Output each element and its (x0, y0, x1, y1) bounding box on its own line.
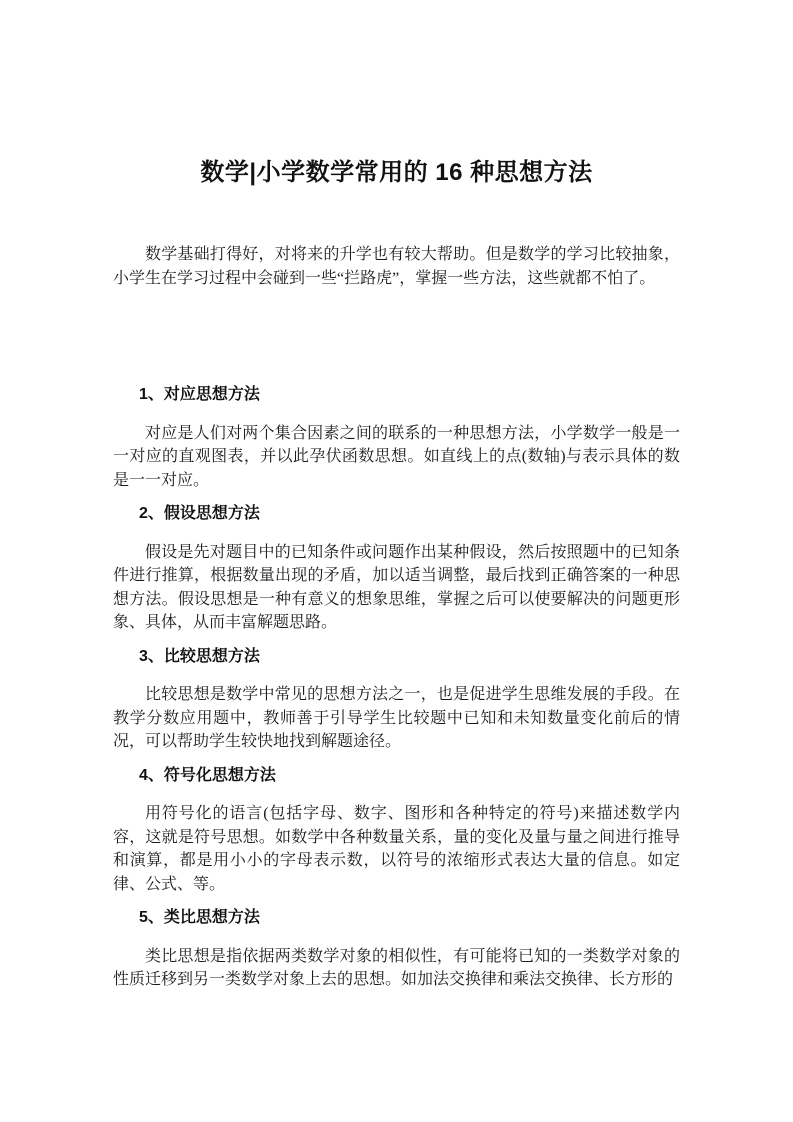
document-title: 数学|小学数学常用的 16 种思想方法 (113, 156, 680, 190)
section-3: 3、比较思想方法 比较思想是数学中常见的思想方法之一，也是促进学生思维发展的手段… (113, 645, 680, 754)
section-1-paragraph: 对应是人们对两个集合因素之间的联系的一种思想方法，小学数学一般是一一对应的直观图… (113, 422, 680, 493)
section-2-paragraph: 假设是先对题目中的已知条件或问题作出某种假设，然后按照题中的已知条件进行推算，根… (113, 541, 680, 635)
section-1-heading: 1、对应思想方法 (113, 383, 680, 407)
section-4: 4、符号化思想方法 用符号化的语言(包括字母、数字、图形和各种特定的符号)来描述… (113, 764, 680, 897)
section-5-paragraph: 类比思想是指依据两类数学对象的相似性，有可能将已知的一类数学对象的性质迁移到另一… (113, 945, 680, 992)
intro-paragraph: 数学基础打得好，对将来的升学也有较大帮助。但是数学的学习比较抽象，小学生在学习过… (113, 243, 680, 290)
document-content: 数学|小学数学常用的 16 种思想方法 数学基础打得好，对将来的升学也有较大帮助… (0, 0, 793, 992)
section-1: 1、对应思想方法 对应是人们对两个集合因素之间的联系的一种思想方法，小学数学一般… (113, 383, 680, 492)
section-3-paragraph: 比较思想是数学中常见的思想方法之一，也是促进学生思维发展的手段。在教学分数应用题… (113, 683, 680, 754)
section-3-heading: 3、比较思想方法 (113, 645, 680, 669)
section-4-paragraph: 用符号化的语言(包括字母、数字、图形和各种特定的符号)来描述数学内容，这就是符号… (113, 802, 680, 896)
section-2-heading: 2、假设思想方法 (113, 502, 680, 526)
section-5: 5、类比思想方法 类比思想是指依据两类数学对象的相似性，有可能将已知的一类数学对… (113, 906, 680, 992)
document-page: 数学|小学数学常用的 16 种思想方法 数学基础打得好，对将来的升学也有较大帮助… (0, 0, 793, 1122)
section-4-heading: 4、符号化思想方法 (113, 764, 680, 788)
section-5-heading: 5、类比思想方法 (113, 906, 680, 930)
section-2: 2、假设思想方法 假设是先对题目中的已知条件或问题作出某种假设，然后按照题中的已… (113, 502, 680, 635)
